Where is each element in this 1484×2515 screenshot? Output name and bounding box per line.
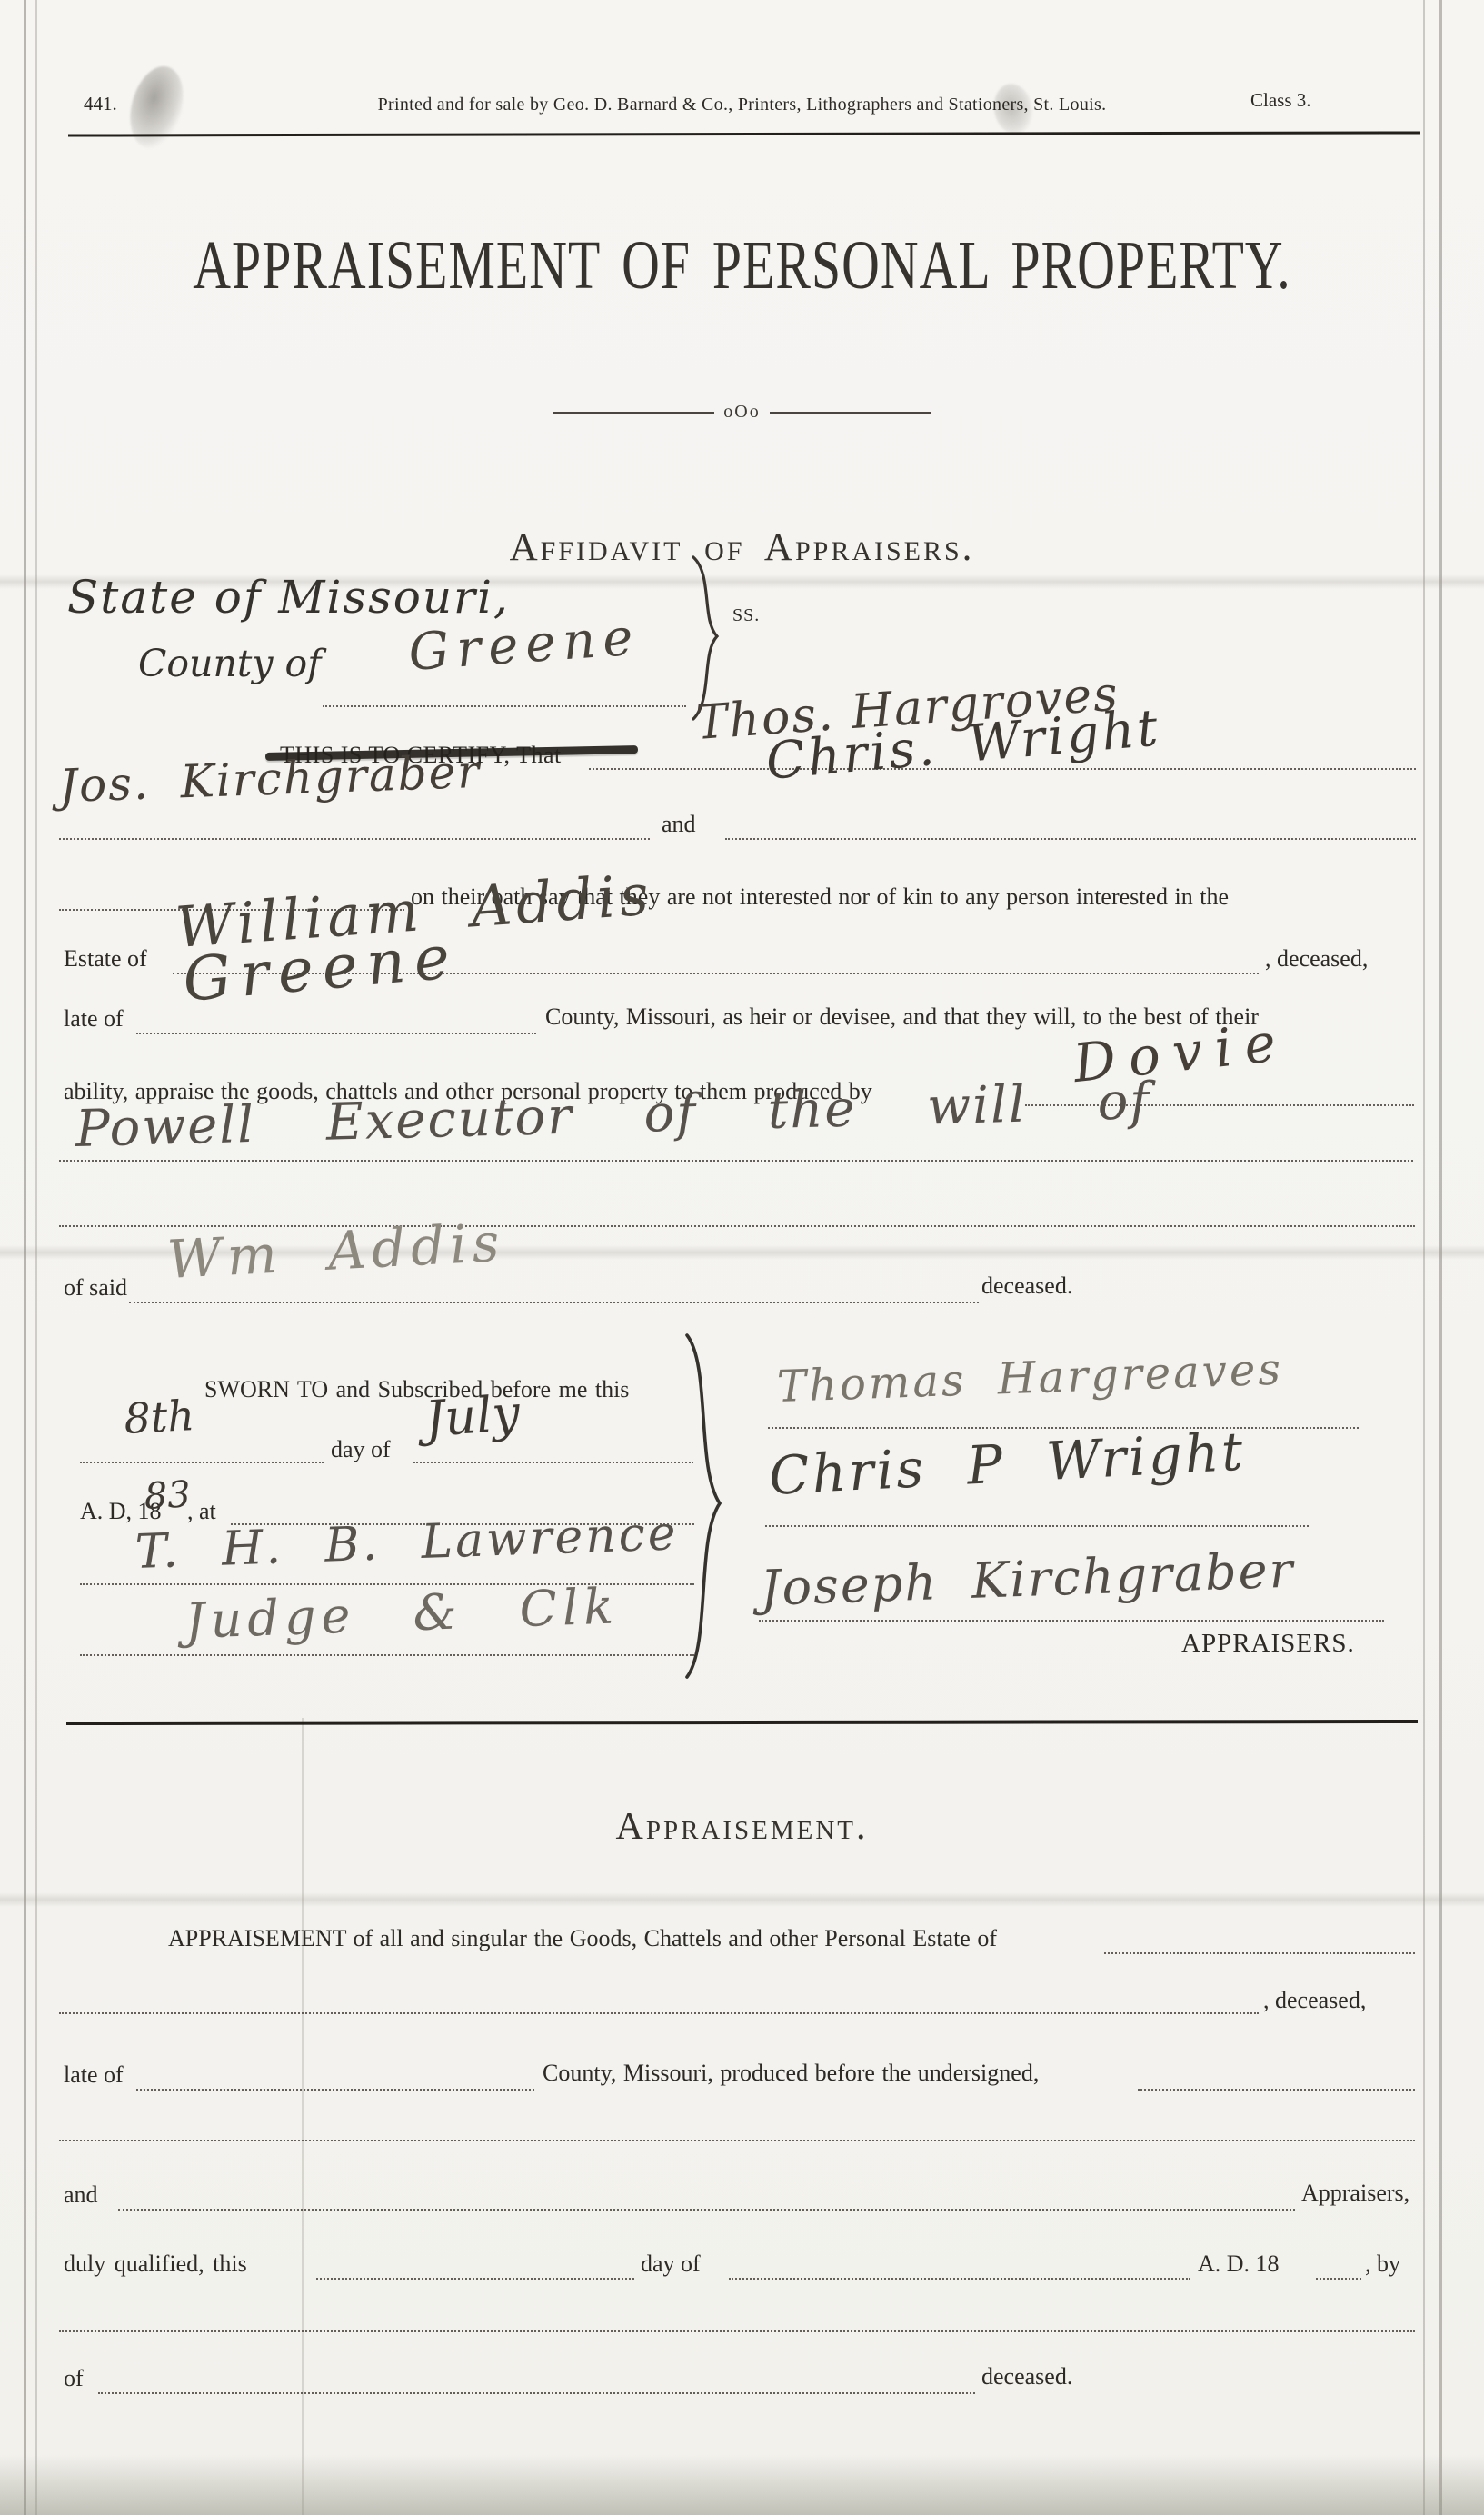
undersigned-printed-text: County, Missouri, produced before the un… <box>543 2060 1039 2087</box>
deceased-label: deceased. <box>981 1272 1072 1300</box>
ornamental-divider: oOo <box>0 402 1484 423</box>
notary-title-handwritten: Judge & Clk <box>184 1577 620 1650</box>
fill-in-line <box>136 1033 536 1034</box>
ss-label: SS. <box>732 605 760 626</box>
fill-in-line <box>725 838 1416 840</box>
of-said-label: of said <box>64 1274 127 1302</box>
fill-in-line <box>59 1160 1413 1162</box>
fill-in-line <box>118 2209 1295 2211</box>
appraisers-label: Appraisers, <box>1301 2180 1409 2207</box>
by-label: , by <box>1365 2251 1400 2278</box>
deceased-label: , deceased, <box>1263 1987 1366 2014</box>
appraiser2-handwritten-name: Jos. Kirchgraber <box>58 745 482 813</box>
late-of-label: late of <box>64 2061 124 2089</box>
and-label: and <box>662 811 696 838</box>
at-label: , at <box>187 1498 216 1525</box>
fill-in-line <box>59 2012 1259 2014</box>
form-class-label: Class 3. <box>1250 89 1311 112</box>
sworn-day-handwritten: 8th <box>123 1391 195 1443</box>
of-said-name-handwritten: Wm Addis <box>165 1212 506 1291</box>
duly-qualified-label: duly qualified, this <box>64 2251 247 2278</box>
estate-of-label: Estate of <box>64 945 147 973</box>
anno-domini-label: A. D. 18 <box>1198 2251 1280 2278</box>
appraisement-intro-text: APPRAISEMENT of all and singular the Goo… <box>168 1925 997 1952</box>
notary-brace-icon <box>680 1332 729 1680</box>
signature-line <box>765 1525 1309 1527</box>
fill-in-line <box>323 705 686 707</box>
signature-line <box>768 1427 1359 1429</box>
sworn-year-handwritten: 83 <box>144 1473 192 1518</box>
section-divider-rule <box>66 1720 1418 1725</box>
deceased-label: , deceased, <box>1265 945 1368 973</box>
appraisers-caption: APPRAISERS. <box>1181 1629 1355 1659</box>
divider-line <box>770 412 931 414</box>
affidavit-section-heading: Affidavit of Appraisers. <box>0 525 1484 570</box>
fill-in-line <box>136 2089 534 2091</box>
fill-in-line <box>59 838 650 840</box>
appraiser-signature: Thomas Hargreaves <box>776 1344 1284 1412</box>
appraisement-section-heading: Appraisement. <box>0 1805 1484 1849</box>
state-line: State of Missouri, <box>67 571 510 624</box>
and-label: and <box>64 2181 98 2209</box>
divider-ornament: oOo <box>723 402 760 423</box>
header-rule <box>68 131 1420 136</box>
fill-in-line <box>80 1654 694 1656</box>
fill-in-line <box>1138 2089 1415 2091</box>
fill-in-line <box>729 2278 1190 2280</box>
sworn-month-handwritten: July <box>423 1384 522 1448</box>
fill-in-line <box>59 2330 1415 2332</box>
fill-in-line <box>98 2392 975 2394</box>
day-of-label: day of <box>331 1436 391 1463</box>
deceased-label: deceased. <box>981 2363 1072 2390</box>
signature-line <box>759 1620 1384 1622</box>
appraiser-signature: Joseph Kirchgraber <box>760 1542 1296 1617</box>
fill-in-line <box>1316 2278 1361 2280</box>
fill-in-line <box>316 2278 634 2280</box>
fill-in-line <box>413 1462 693 1463</box>
fill-in-line <box>59 2140 1415 2141</box>
divider-line <box>553 412 714 414</box>
fill-in-line <box>1104 1952 1415 1954</box>
paper-fold-crease <box>0 1892 1484 1907</box>
fill-in-line <box>129 1302 979 1303</box>
appraiser-signature: Chris P Wright <box>767 1421 1247 1507</box>
of-label: of <box>64 2365 84 2392</box>
county-label: County of <box>138 642 321 685</box>
scanned-document-page: 441. Printed and for sale by Geo. D. Bar… <box>0 0 1484 2515</box>
sworn-to-printed-text: SWORN TO and Subscribed before me this <box>204 1376 629 1403</box>
document-title: APPRAISEMENT OF PERSONAL PROPERTY. <box>0 225 1484 304</box>
late-of-label: late of <box>64 1005 124 1033</box>
day-of-label: day of <box>641 2251 701 2278</box>
paper-bottom-shadow <box>0 2455 1484 2515</box>
fill-in-line <box>80 1462 324 1463</box>
